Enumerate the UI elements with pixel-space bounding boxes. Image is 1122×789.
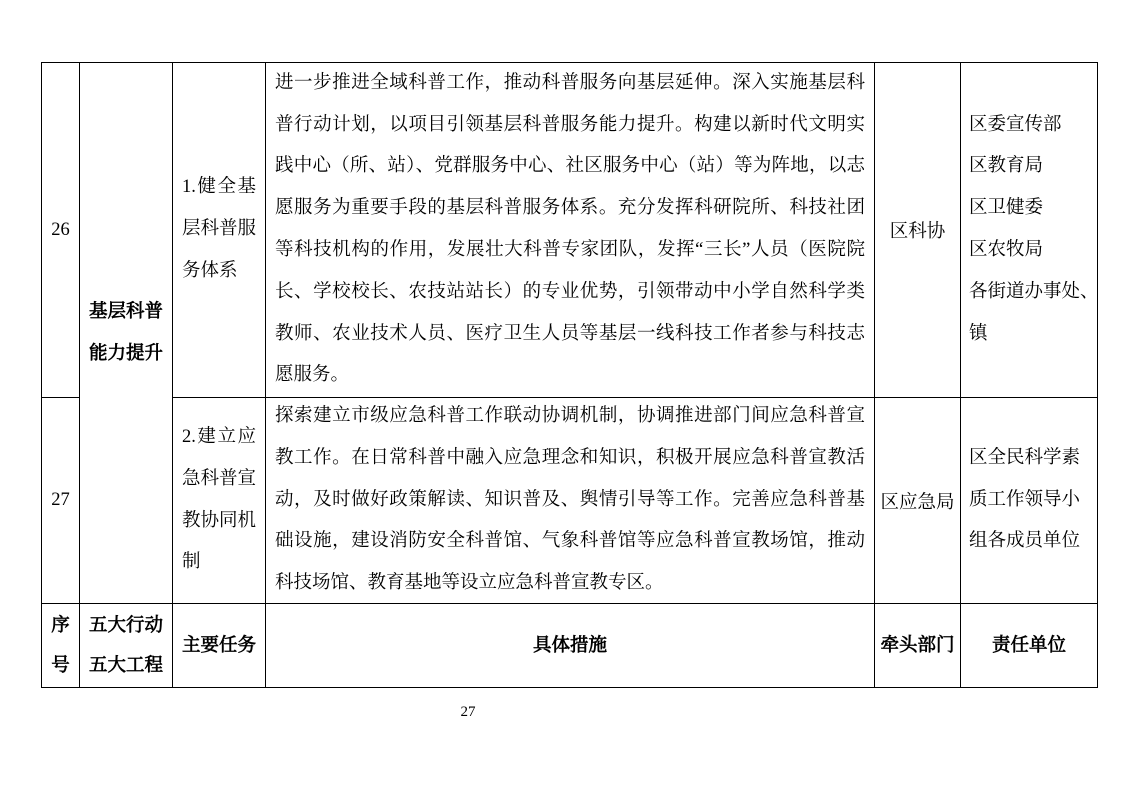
- header-lead-department: 牵头部门: [874, 603, 960, 687]
- task-cell: 1.健全基层科普服务体系: [172, 62, 265, 397]
- header-responsible-units: 责任单位: [960, 603, 1097, 687]
- row-index: 26: [41, 62, 79, 397]
- document-page: 26 基层科普能力提升 1.健全基层科普服务体系 进一步推进全域科普工作，推动科…: [0, 0, 1122, 789]
- responsible-units-cell: 区全民科学素质工作领导小组各成员单位: [960, 397, 1097, 603]
- measures-cell: 探索建立市级应急科普工作联动协调机制，协调推进部门间应急科普宣教工作。在日常科普…: [265, 397, 874, 603]
- lead-department-cell: 区应急局: [874, 397, 960, 603]
- lead-department-cell: 区科协: [874, 62, 960, 397]
- work-plan-table: 26 基层科普能力提升 1.健全基层科普服务体系 进一步推进全域科普工作，推动科…: [41, 62, 1098, 688]
- header-index: 序号: [41, 603, 79, 687]
- responsible-units-cell: 区委宣传部区教育局区卫健委区农牧局各街道办事处、镇: [960, 62, 1097, 397]
- page-number: 27: [450, 704, 486, 721]
- header-task: 主要任务: [172, 603, 265, 687]
- header-category: 五大行动五大工程: [79, 603, 172, 687]
- row-index: 27: [41, 397, 79, 603]
- header-measures: 具体措施: [265, 603, 874, 687]
- task-cell: 2.建立应急科普宣教协同机制: [172, 397, 265, 603]
- category-cell: 基层科普能力提升: [79, 62, 172, 603]
- measures-cell: 进一步推进全域科普工作，推动科普服务向基层延伸。深入实施基层科普行动计划，以项目…: [265, 62, 874, 397]
